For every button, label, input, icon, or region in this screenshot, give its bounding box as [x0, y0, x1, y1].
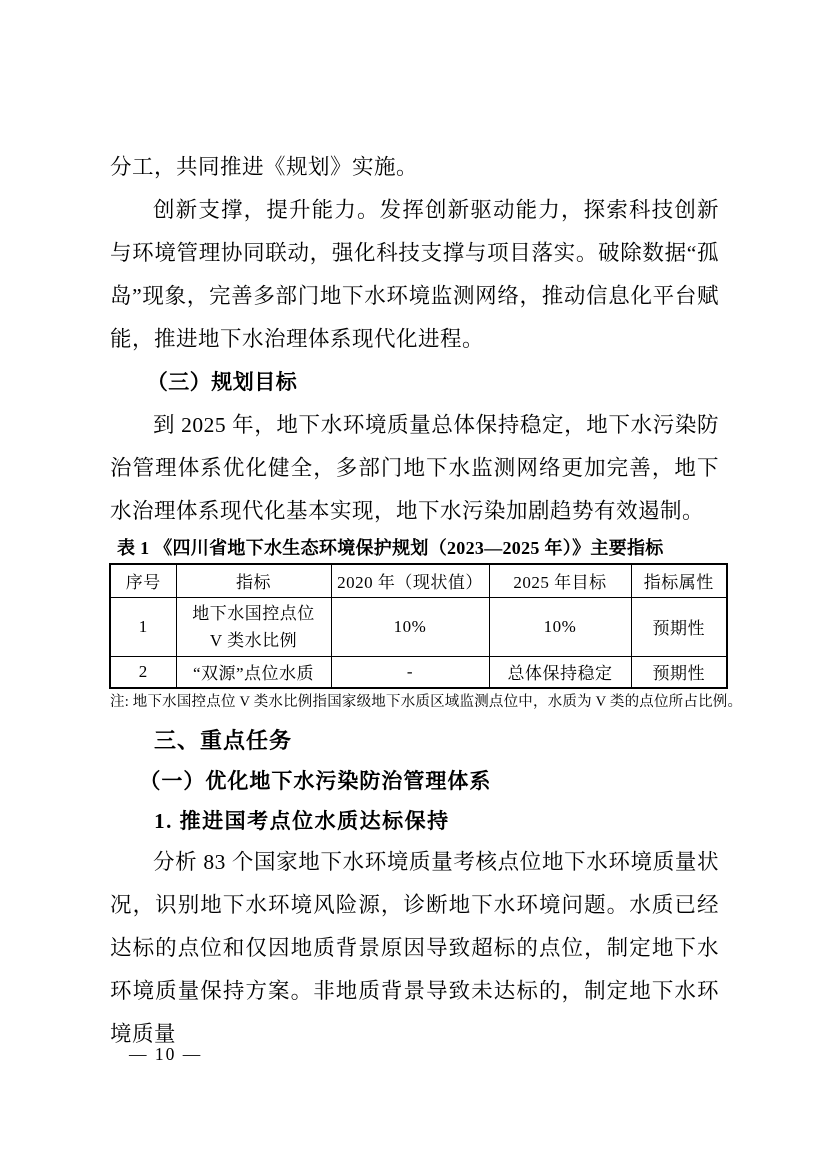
- cell-row2-attribute: 预期性: [631, 656, 727, 688]
- cell-row2-no: 2: [110, 656, 176, 688]
- table1-indicators: 序号 指标 2020 年（现状值） 2025 年目标 指标属性 1 地下水国控点…: [109, 563, 728, 689]
- cell-row1-2025: 10%: [489, 597, 631, 656]
- cell-row2-indicator: “双源”点位水质: [176, 656, 331, 688]
- paragraph-2025-goal: 到 2025 年，地下水环境质量总体保持稳定，地下水污染防治管理体系优化健全，多…: [110, 404, 719, 533]
- table-row: 1 地下水国控点位 V 类水比例 10% 10% 预期性: [110, 597, 727, 656]
- paragraph-continued: 分工，共同推进《规划》实施。: [110, 146, 719, 189]
- cell-row1-indicator: 地下水国控点位 V 类水比例: [176, 597, 331, 656]
- table1-footnote: 注: 地下水国控点位 V 类水比例指国家级地下水质区域监测点位中，水质为 V 类…: [110, 689, 719, 715]
- heading-promote-water-quality: 1. 推进国考点位水质达标保持: [110, 801, 719, 841]
- cell-row1-no: 1: [110, 597, 176, 656]
- heading-key-tasks: 三、重点任务: [110, 721, 719, 761]
- cell-row2-2025: 总体保持稳定: [489, 656, 631, 688]
- cell-row1-2020: 10%: [331, 597, 489, 656]
- page-number: — 10 —: [129, 1044, 202, 1065]
- header-cell-indicator: 指标: [176, 564, 331, 597]
- document-content: 分工，共同推进《规划》实施。 创新支撑，提升能力。发挥创新驱动能力，探索科技创新…: [110, 146, 719, 1056]
- header-cell-attribute: 指标属性: [631, 564, 727, 597]
- paragraph-analysis-83-points: 分析 83 个国家地下水环境质量考核点位地下水环境质量状况，识别地下水环境风险源…: [110, 841, 719, 1056]
- cell-row1-attribute: 预期性: [631, 597, 727, 656]
- heading-plan-goal: （三）规划目标: [110, 361, 719, 404]
- table-row: 2 “双源”点位水质 - 总体保持稳定 预期性: [110, 656, 727, 688]
- heading-optimize-management: （一）优化地下水污染防治管理体系: [110, 761, 719, 801]
- paragraph-innovation-support: 创新支撑，提升能力。发挥创新驱动能力，探索科技创新与环境管理协同联动，强化科技支…: [110, 189, 719, 361]
- document-page: 分工，共同推进《规划》实施。 创新支撑，提升能力。发挥创新驱动能力，探索科技创新…: [0, 0, 826, 1169]
- cell-row2-2020: -: [331, 656, 489, 688]
- header-cell-index: 序号: [110, 564, 176, 597]
- header-cell-2025: 2025 年目标: [489, 564, 631, 597]
- header-cell-2020: 2020 年（现状值）: [331, 564, 489, 597]
- table-header-row: 序号 指标 2020 年（现状值） 2025 年目标 指标属性: [110, 564, 727, 597]
- table1-caption: 表 1 《四川省地下水生态环境保护规划（2023—2025 年）》主要指标: [110, 533, 719, 563]
